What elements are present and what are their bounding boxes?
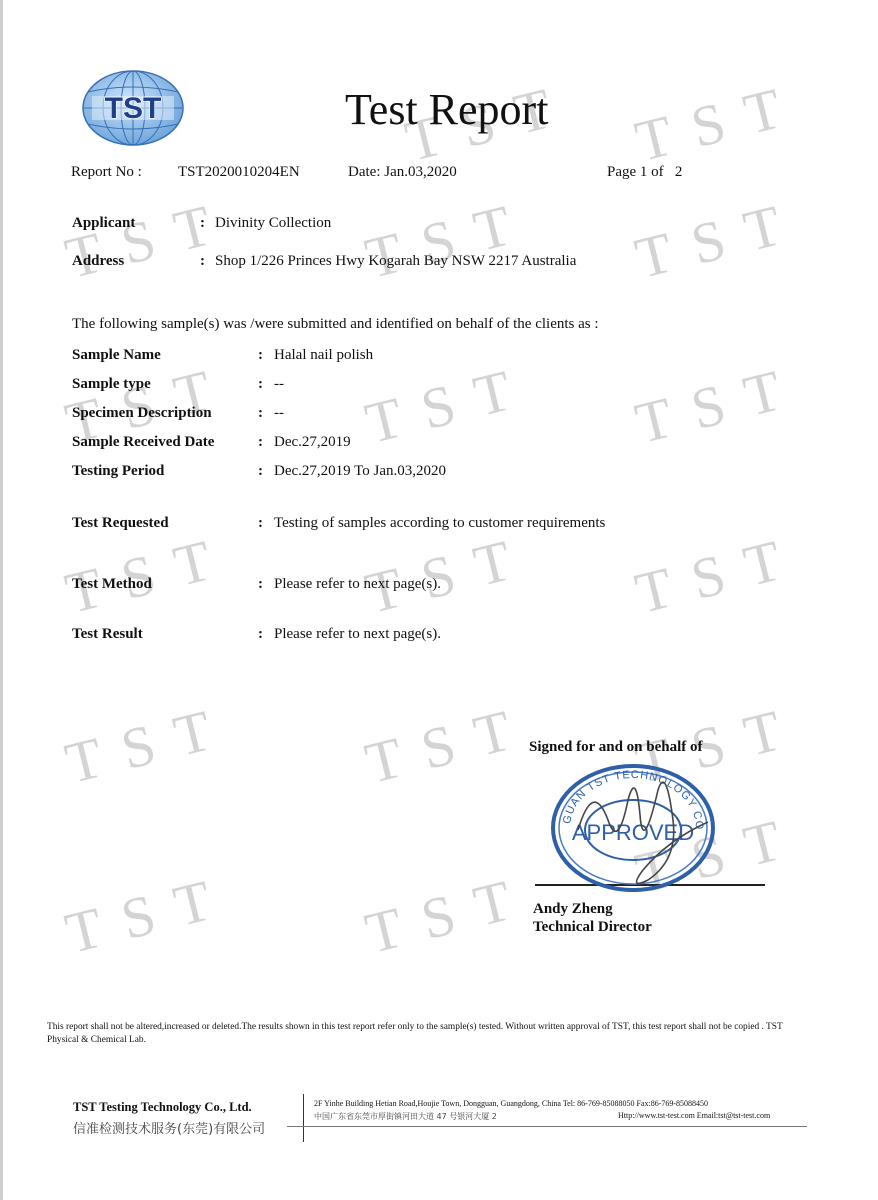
- field-row: Test Result:Please refer to next page(s)…: [72, 626, 143, 643]
- watermark-tst: TST: [629, 69, 809, 175]
- approved-stamp-icon: DONGGUAN TST TECHNOLOGY CO.,LTD APPROVED: [548, 760, 718, 896]
- applicant-value: Divinity Collection: [215, 215, 331, 232]
- field-label: Sample Name: [72, 347, 161, 364]
- report-no-label: Report No :: [71, 164, 142, 181]
- address-row: Address : Shop 1/226 Princes Hwy Kogarah…: [72, 253, 124, 270]
- disclaimer-text: This report shall not be altered,increas…: [47, 1021, 787, 1047]
- watermark-tst: TST: [359, 521, 539, 627]
- field-label: Test Requested: [72, 515, 169, 532]
- field-label: Testing Period: [72, 463, 164, 480]
- colon: :: [258, 434, 263, 451]
- field-row: Testing Period:Dec.27,2019 To Jan.03,202…: [72, 463, 164, 480]
- colon: :: [258, 626, 263, 643]
- colon: :: [200, 215, 205, 232]
- watermark-tst: TST: [359, 186, 539, 292]
- field-value: Dec.27,2019: [274, 434, 351, 451]
- field-label: Test Result: [72, 626, 143, 643]
- watermark-tst: TST: [59, 521, 239, 627]
- applicant-label: Applicant: [72, 215, 135, 232]
- footer-address-en: 2F Yinhe Building Hetian Road,Houjie Tow…: [314, 1099, 708, 1108]
- footer-web-email: Http://www.tst-test.com Email:tst@tst-te…: [618, 1111, 770, 1120]
- field-value: Testing of samples according to customer…: [274, 515, 605, 532]
- field-row: Test Requested:Testing of samples accord…: [72, 515, 169, 532]
- address-value: Shop 1/226 Princes Hwy Kogarah Bay NSW 2…: [215, 253, 576, 270]
- footer-divider-vertical: [303, 1094, 304, 1142]
- field-label: Sample Received Date: [72, 434, 214, 451]
- address-label: Address: [72, 253, 124, 270]
- footer-address-cn: 中国广东省东莞市厚街镇河田大道 47 号银河大厦 2: [314, 1111, 497, 1122]
- colon: :: [258, 576, 263, 593]
- field-label: Sample type: [72, 376, 151, 393]
- signer-title: Technical Director: [533, 918, 652, 936]
- watermark-tst: TST: [59, 691, 239, 797]
- watermark-tst: TST: [629, 521, 809, 627]
- field-value: Halal nail polish: [274, 347, 373, 364]
- field-value: --: [274, 405, 284, 422]
- footer-company-en: TST Testing Technology Co., Ltd.: [73, 1100, 252, 1115]
- watermark-tst: TST: [359, 691, 539, 797]
- colon: :: [258, 347, 263, 364]
- field-row: Sample Name:Halal nail polish: [72, 347, 161, 364]
- report-no-value: TST2020010204EN: [178, 164, 300, 181]
- watermark-tst: TST: [59, 861, 239, 967]
- field-row: Sample type:--: [72, 376, 151, 393]
- watermark-tst: TST: [629, 186, 809, 292]
- watermark-tst: TST: [59, 186, 239, 292]
- colon: :: [258, 463, 263, 480]
- signer-name: Andy Zheng: [533, 900, 652, 918]
- tst-logo-icon: TST: [80, 68, 186, 148]
- intro-text: The following sample(s) was /were submit…: [72, 316, 599, 333]
- footer-divider-horizontal: [287, 1126, 807, 1127]
- field-row: Test Method:Please refer to next page(s)…: [72, 576, 152, 593]
- colon: :: [258, 376, 263, 393]
- footer-company-cn: 信准检测技术服务(东莞)有限公司: [73, 1118, 265, 1137]
- applicant-row: Applicant : Divinity Collection: [72, 215, 135, 232]
- watermark-tst: TST: [359, 351, 539, 457]
- field-label: Specimen Description: [72, 405, 212, 422]
- signed-for-label: Signed for and on behalf of: [529, 739, 703, 756]
- page-title: Test Report: [345, 84, 548, 135]
- field-value: Please refer to next page(s).: [274, 576, 441, 593]
- svg-text:TST: TST: [105, 92, 162, 125]
- colon: :: [258, 515, 263, 532]
- colon: :: [258, 405, 263, 422]
- field-value: Dec.27,2019 To Jan.03,2020: [274, 463, 446, 480]
- colon: :: [200, 253, 205, 270]
- watermark-tst: TST: [359, 861, 539, 967]
- page-left-edge: [0, 0, 3, 1200]
- signer-block: Andy Zheng Technical Director: [533, 900, 652, 936]
- report-date: Date: Jan.03,2020: [348, 164, 457, 181]
- watermark-tst: TST: [629, 351, 809, 457]
- svg-text:APPROVED: APPROVED: [572, 820, 694, 845]
- field-label: Test Method: [72, 576, 152, 593]
- field-row: Sample Received Date:Dec.27,2019: [72, 434, 214, 451]
- field-row: Specimen Description:--: [72, 405, 212, 422]
- field-value: --: [274, 376, 284, 393]
- page-indicator: Page 1 of 2: [607, 164, 682, 181]
- field-value: Please refer to next page(s).: [274, 626, 441, 643]
